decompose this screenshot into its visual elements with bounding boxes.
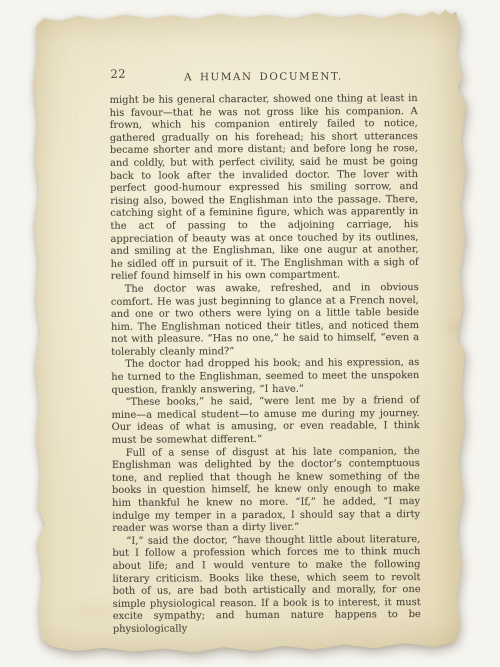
paragraph: The doctor was awake, refreshed, and in … <box>111 282 419 359</box>
page-number: 22 <box>110 67 126 81</box>
paragraph: “I,” said the doctor, “have thought litt… <box>112 534 421 637</box>
paragraph: Full of a sense of disgust at his late c… <box>112 446 421 536</box>
running-head: A HUMAN DOCUMENT. <box>184 70 343 83</box>
page-content: 22 A HUMAN DOCUMENT. might be his genera… <box>109 64 420 636</box>
page-shadow: 22 A HUMAN DOCUMENT. might be his genera… <box>0 0 500 667</box>
photo-background: 22 A HUMAN DOCUMENT. might be his genera… <box>0 0 500 667</box>
book-page: 22 A HUMAN DOCUMENT. might be his genera… <box>30 10 472 655</box>
page-text: might be his general character, showed o… <box>110 93 421 636</box>
paragraph: The doctor had dropped his book; and his… <box>111 357 419 397</box>
page-header: 22 A HUMAN DOCUMENT. <box>109 64 417 82</box>
paragraph: might be his general character, showed o… <box>110 93 419 284</box>
paragraph: “These books,” he said, “were lent me by… <box>111 395 419 447</box>
